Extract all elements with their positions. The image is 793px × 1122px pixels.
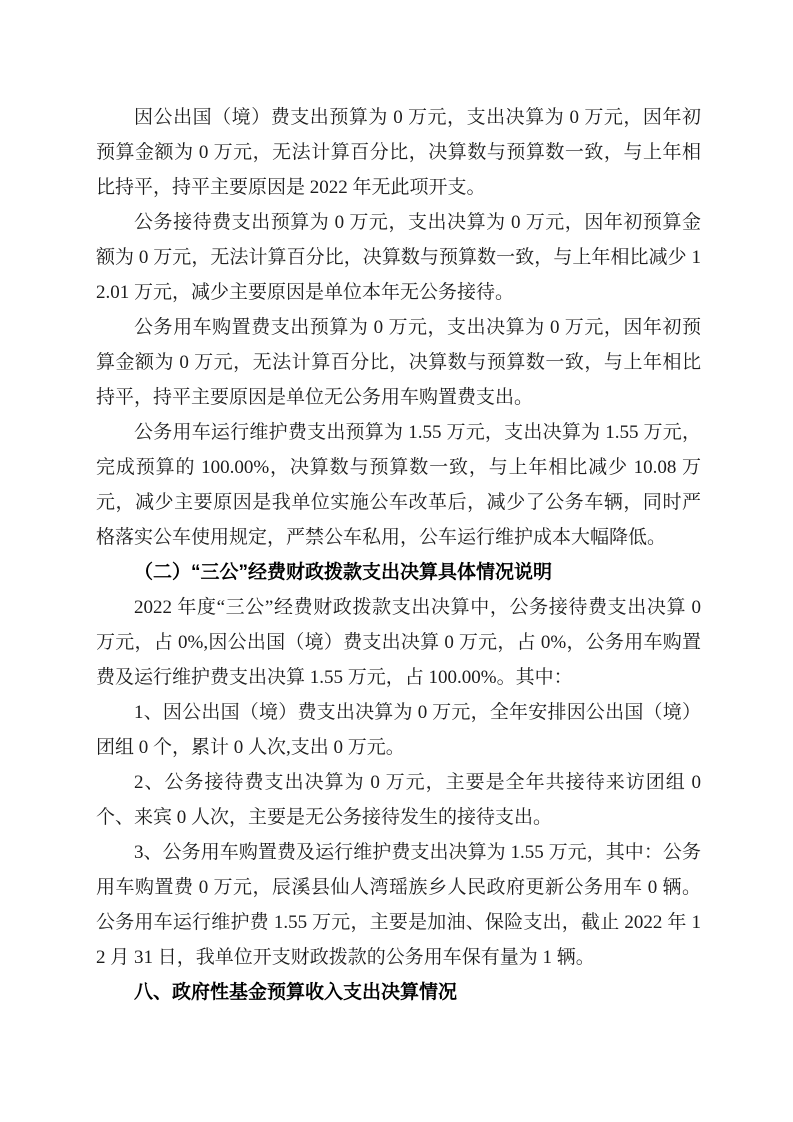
- paragraph-item-3-vehicle-expenses: 3、公务用车购置费及运行维护费支出决算为 1.55 万元，其中：公务用车购置费 …: [96, 835, 701, 975]
- paragraph-vehicle-purchase-budget: 公务用车购置费支出预算为 0 万元，支出决算为 0 万元，因年初预算金额为 0 …: [96, 310, 701, 415]
- paragraph-outbound-travel-budget: 因公出国（境）费支出预算为 0 万元，支出决算为 0 万元，因年初预算金额为 0…: [96, 100, 701, 205]
- paragraph-vehicle-maintenance-budget: 公务用车运行维护费支出预算为 1.55 万元，支出决算为 1.55 万元，完成预…: [96, 415, 701, 555]
- section-heading-three-public-funds-detail: （二）“三公”经费财政拨款支出决算具体情况说明: [96, 555, 701, 590]
- paragraph-official-reception-budget: 公务接待费支出预算为 0 万元，支出决算为 0 万元，因年初预算金额为 0 万元…: [96, 205, 701, 310]
- paragraph-three-public-funds-summary: 2022 年度“三公”经费财政拨款支出决算中，公务接待费支出决算 0 万元，占 …: [96, 590, 701, 695]
- paragraph-item-1-outbound-travel: 1、因公出国（境）费支出决算为 0 万元，全年安排因公出国（境）团组 0 个，累…: [96, 695, 701, 765]
- section-heading-government-fund-budget: 八、政府性基金预算收入支出决算情况: [96, 975, 701, 1010]
- document-page: 因公出国（境）费支出预算为 0 万元，支出决算为 0 万元，因年初预算金额为 0…: [0, 0, 793, 1122]
- paragraph-item-2-official-reception: 2、公务接待费支出决算为 0 万元，主要是全年共接待来访团组 0 个、来宾 0 …: [96, 765, 701, 835]
